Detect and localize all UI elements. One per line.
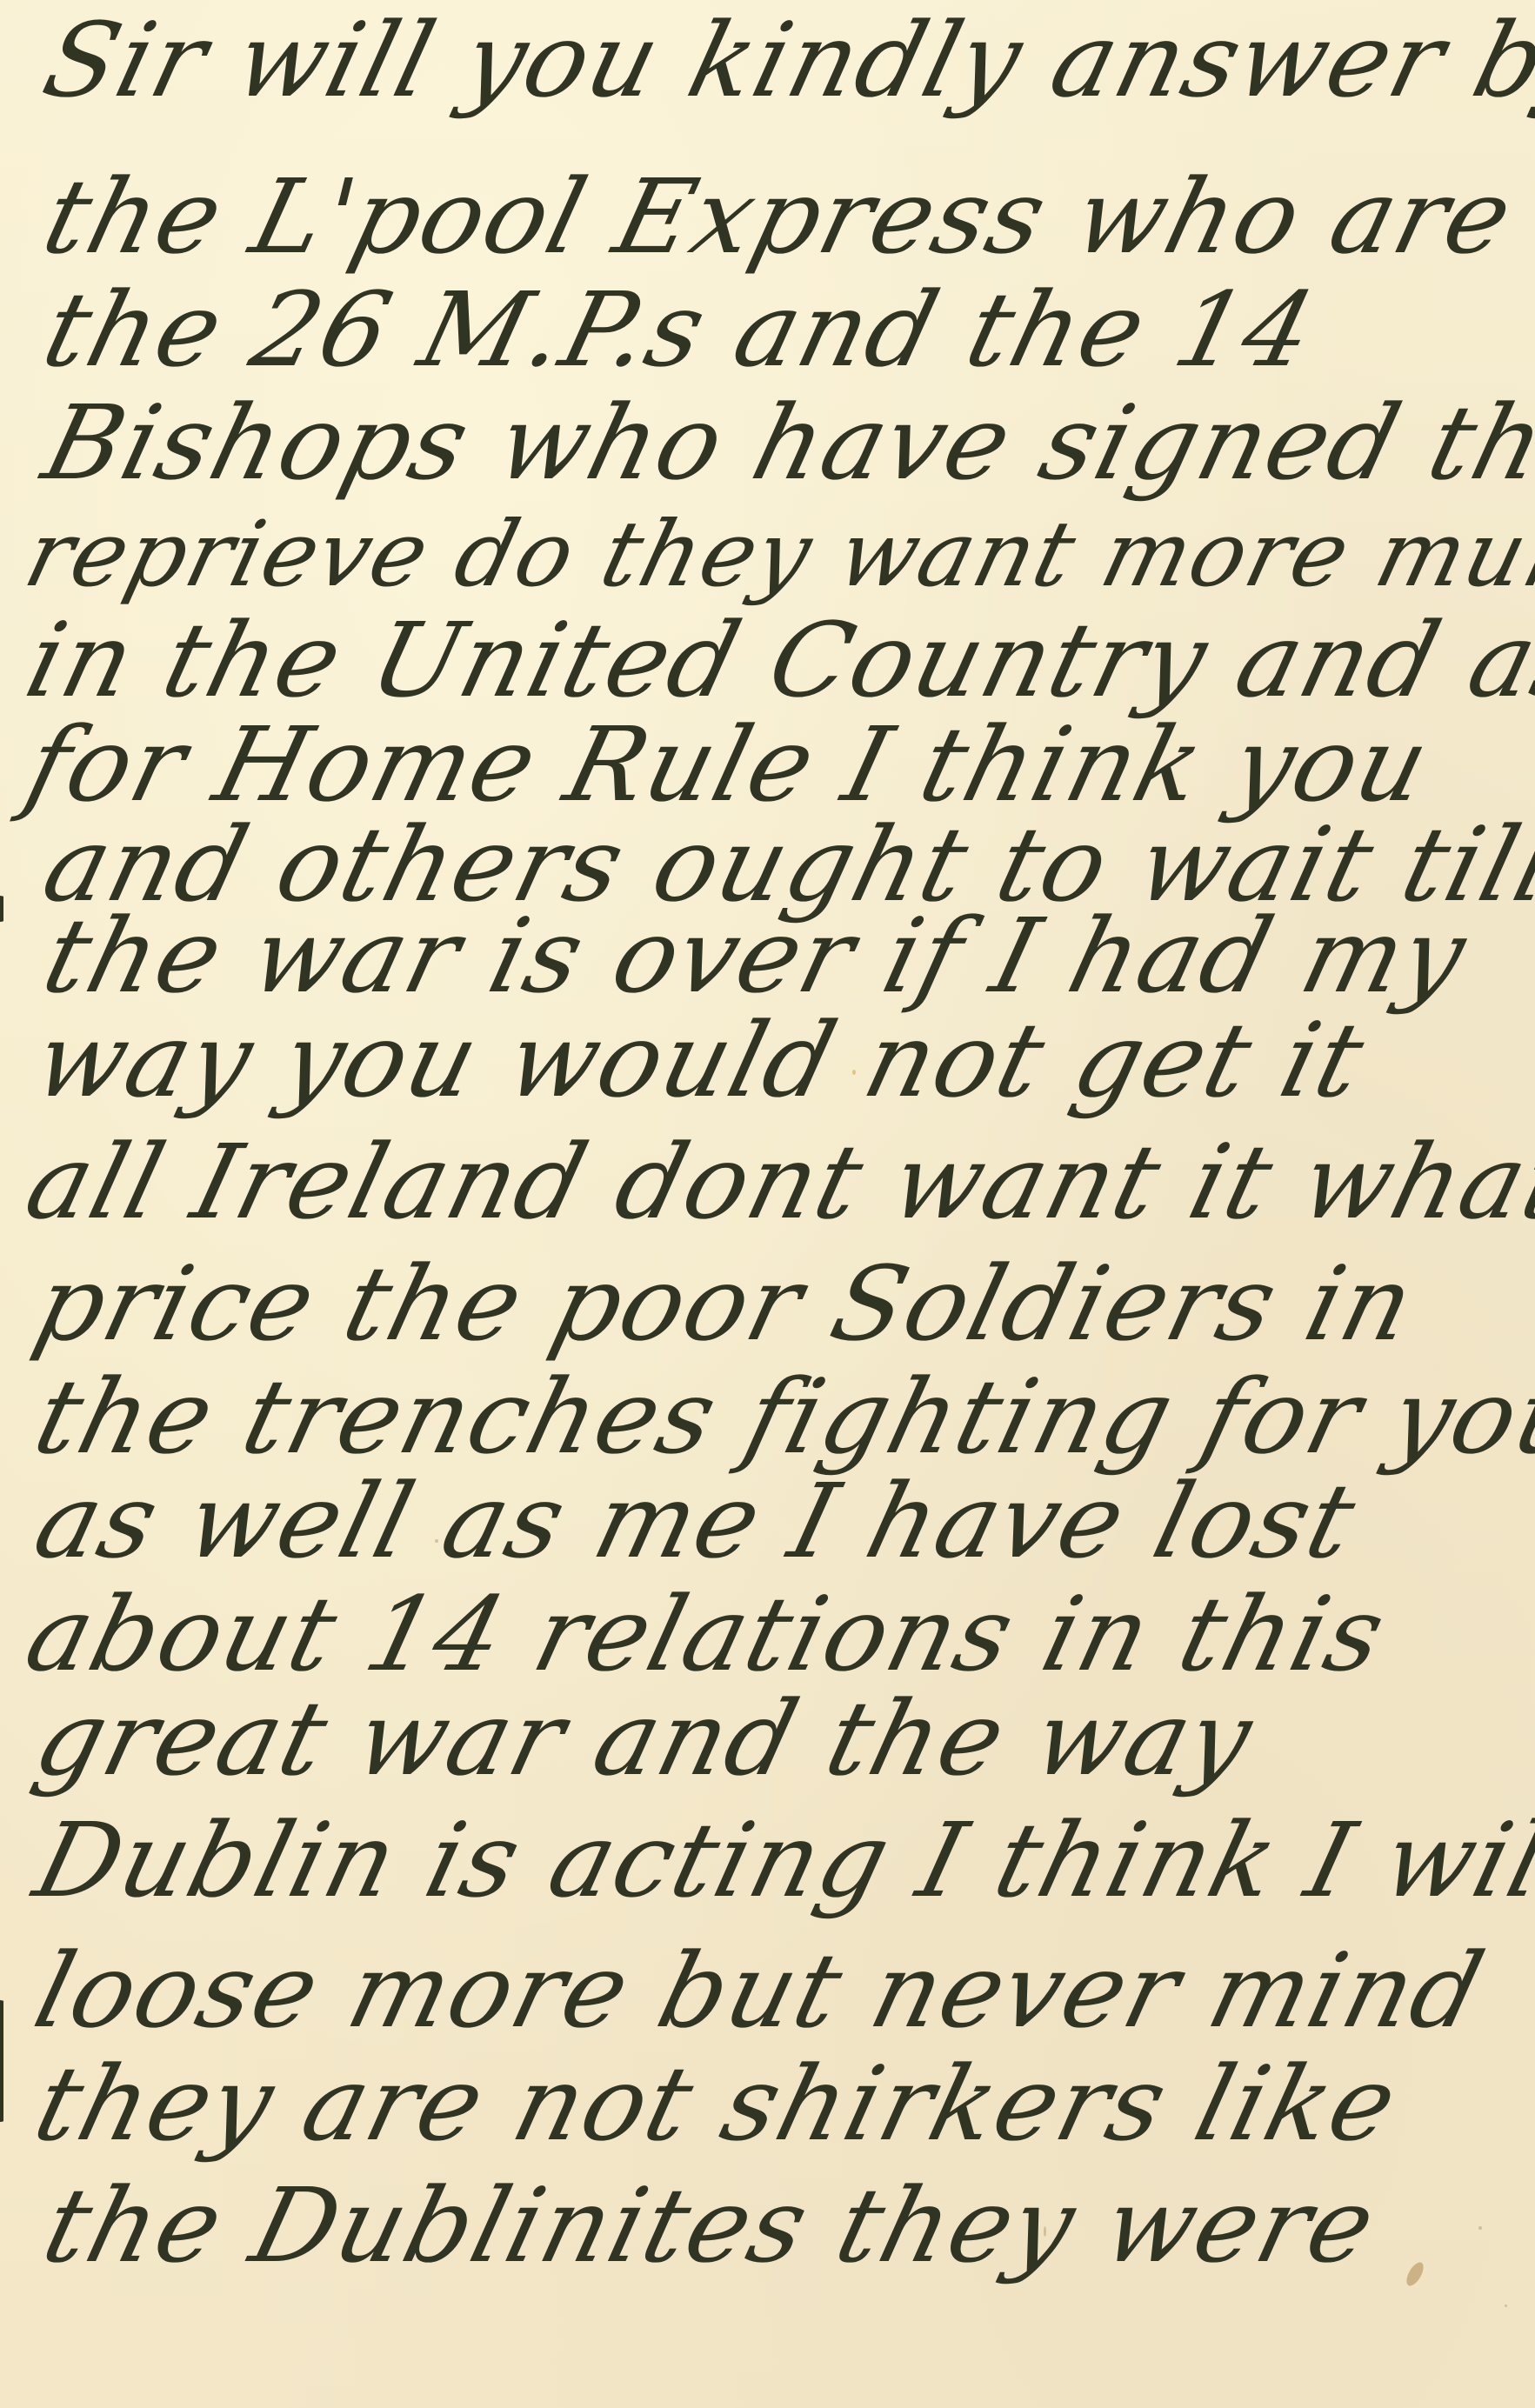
letter-line-13: the trenches fighting for you [26, 1365, 1535, 1468]
letter-line-10: way you would not get it [26, 1009, 1374, 1111]
letter-line-19: they are not shirkers like [26, 2052, 1407, 2155]
letter-line-4: Bishops who have signed the [35, 391, 1535, 494]
letter-line-7: for Home Rule I think you [17, 713, 1439, 816]
letter-line-17: Dublin is acting I think I will [26, 1809, 1535, 1911]
paper-speck [1505, 2305, 1507, 2307]
letter-line-18: loose more but never mind [26, 1939, 1494, 2042]
letter-page: Sir will you kindly answer by the L'pool… [0, 0, 1535, 2408]
letter-line-15: about 14 relations in this [17, 1583, 1395, 1685]
letter-line-3: the 26 M.P.s and the 14 [35, 278, 1325, 381]
letter-line-14: as well as me I have lost [26, 1470, 1366, 1572]
letter-line-16: great war and the way [26, 1687, 1263, 1790]
letter-line-11: all Ireland dont want it what [17, 1131, 1535, 1233]
letter-line-6: in the United Country and as [17, 609, 1535, 711]
margin-mark [0, 896, 9, 922]
letter-line-2: the L'pool Express who are [35, 165, 1523, 268]
letter-line-12: price the poor Soldiers in [26, 1252, 1425, 1355]
letter-line-20: the Dublinites they were [35, 2174, 1385, 2277]
letter-line-5: reprieve do they want more murder [17, 509, 1535, 599]
paper-speck [1478, 2226, 1482, 2230]
letter-line-9: the war is over if I had my [35, 904, 1477, 1007]
letter-line-1: Sir will you kindly answer by [35, 9, 1535, 111]
paper-speck [1403, 2260, 1426, 2289]
margin-mark [0, 2000, 9, 2122]
